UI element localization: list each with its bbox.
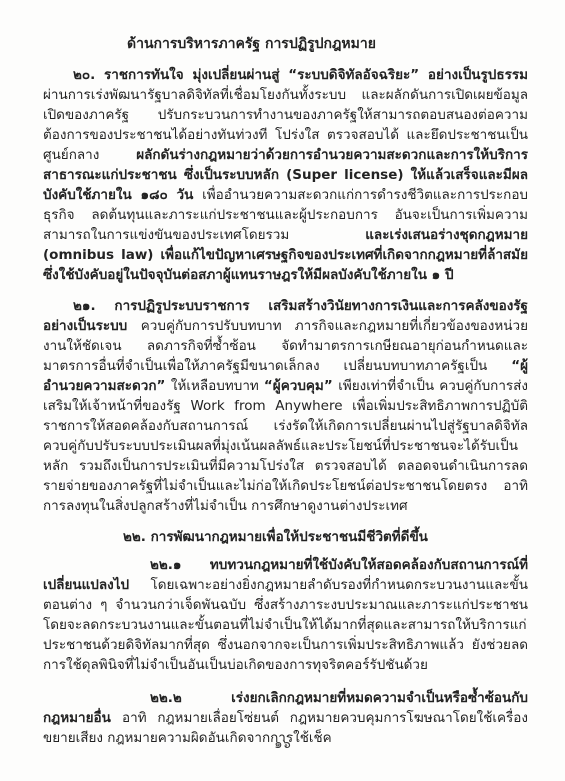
text-run: ให้เหลือบทบาท (171, 378, 264, 394)
paragraph-item-20: ๒๐. ราชการทันใจ มุ่งเปลี่ยนผ่านสู่ “ระบบ… (43, 65, 528, 285)
text-run: เพียงเท่าที่จำเป็น ควบคู่กับการส่งเสริมใ… (43, 378, 528, 514)
text-run: ๒๐. ราชการทันใจ มุ่งเปลี่ยนผ่านสู่ “ระบบ… (73, 67, 528, 83)
paragraph-item-22-1: ๒๒.๑ ทบทวนกฎหมายที่ใช้บังคับให้สอดคล้องก… (43, 555, 528, 675)
paragraph-item-21: ๒๑. การปฏิรูประบบราชการ เสริมสร้างวินัยท… (43, 296, 528, 516)
page-number: ๑๖ (0, 735, 565, 755)
document-page: ด้านการบริหารภาครัฐ การปฏิรูปกฎหมาย ๒๐. … (0, 0, 565, 781)
text-run: “ผู้ควบคุม” (264, 378, 338, 394)
section-heading: ด้านการบริหารภาครัฐ การปฏิรูปกฎหมาย (43, 34, 528, 54)
subsection-heading-item-22: ๒๒. การพัฒนากฎหมายเพื่อให้ประชาชนมีชีวิต… (43, 527, 528, 547)
